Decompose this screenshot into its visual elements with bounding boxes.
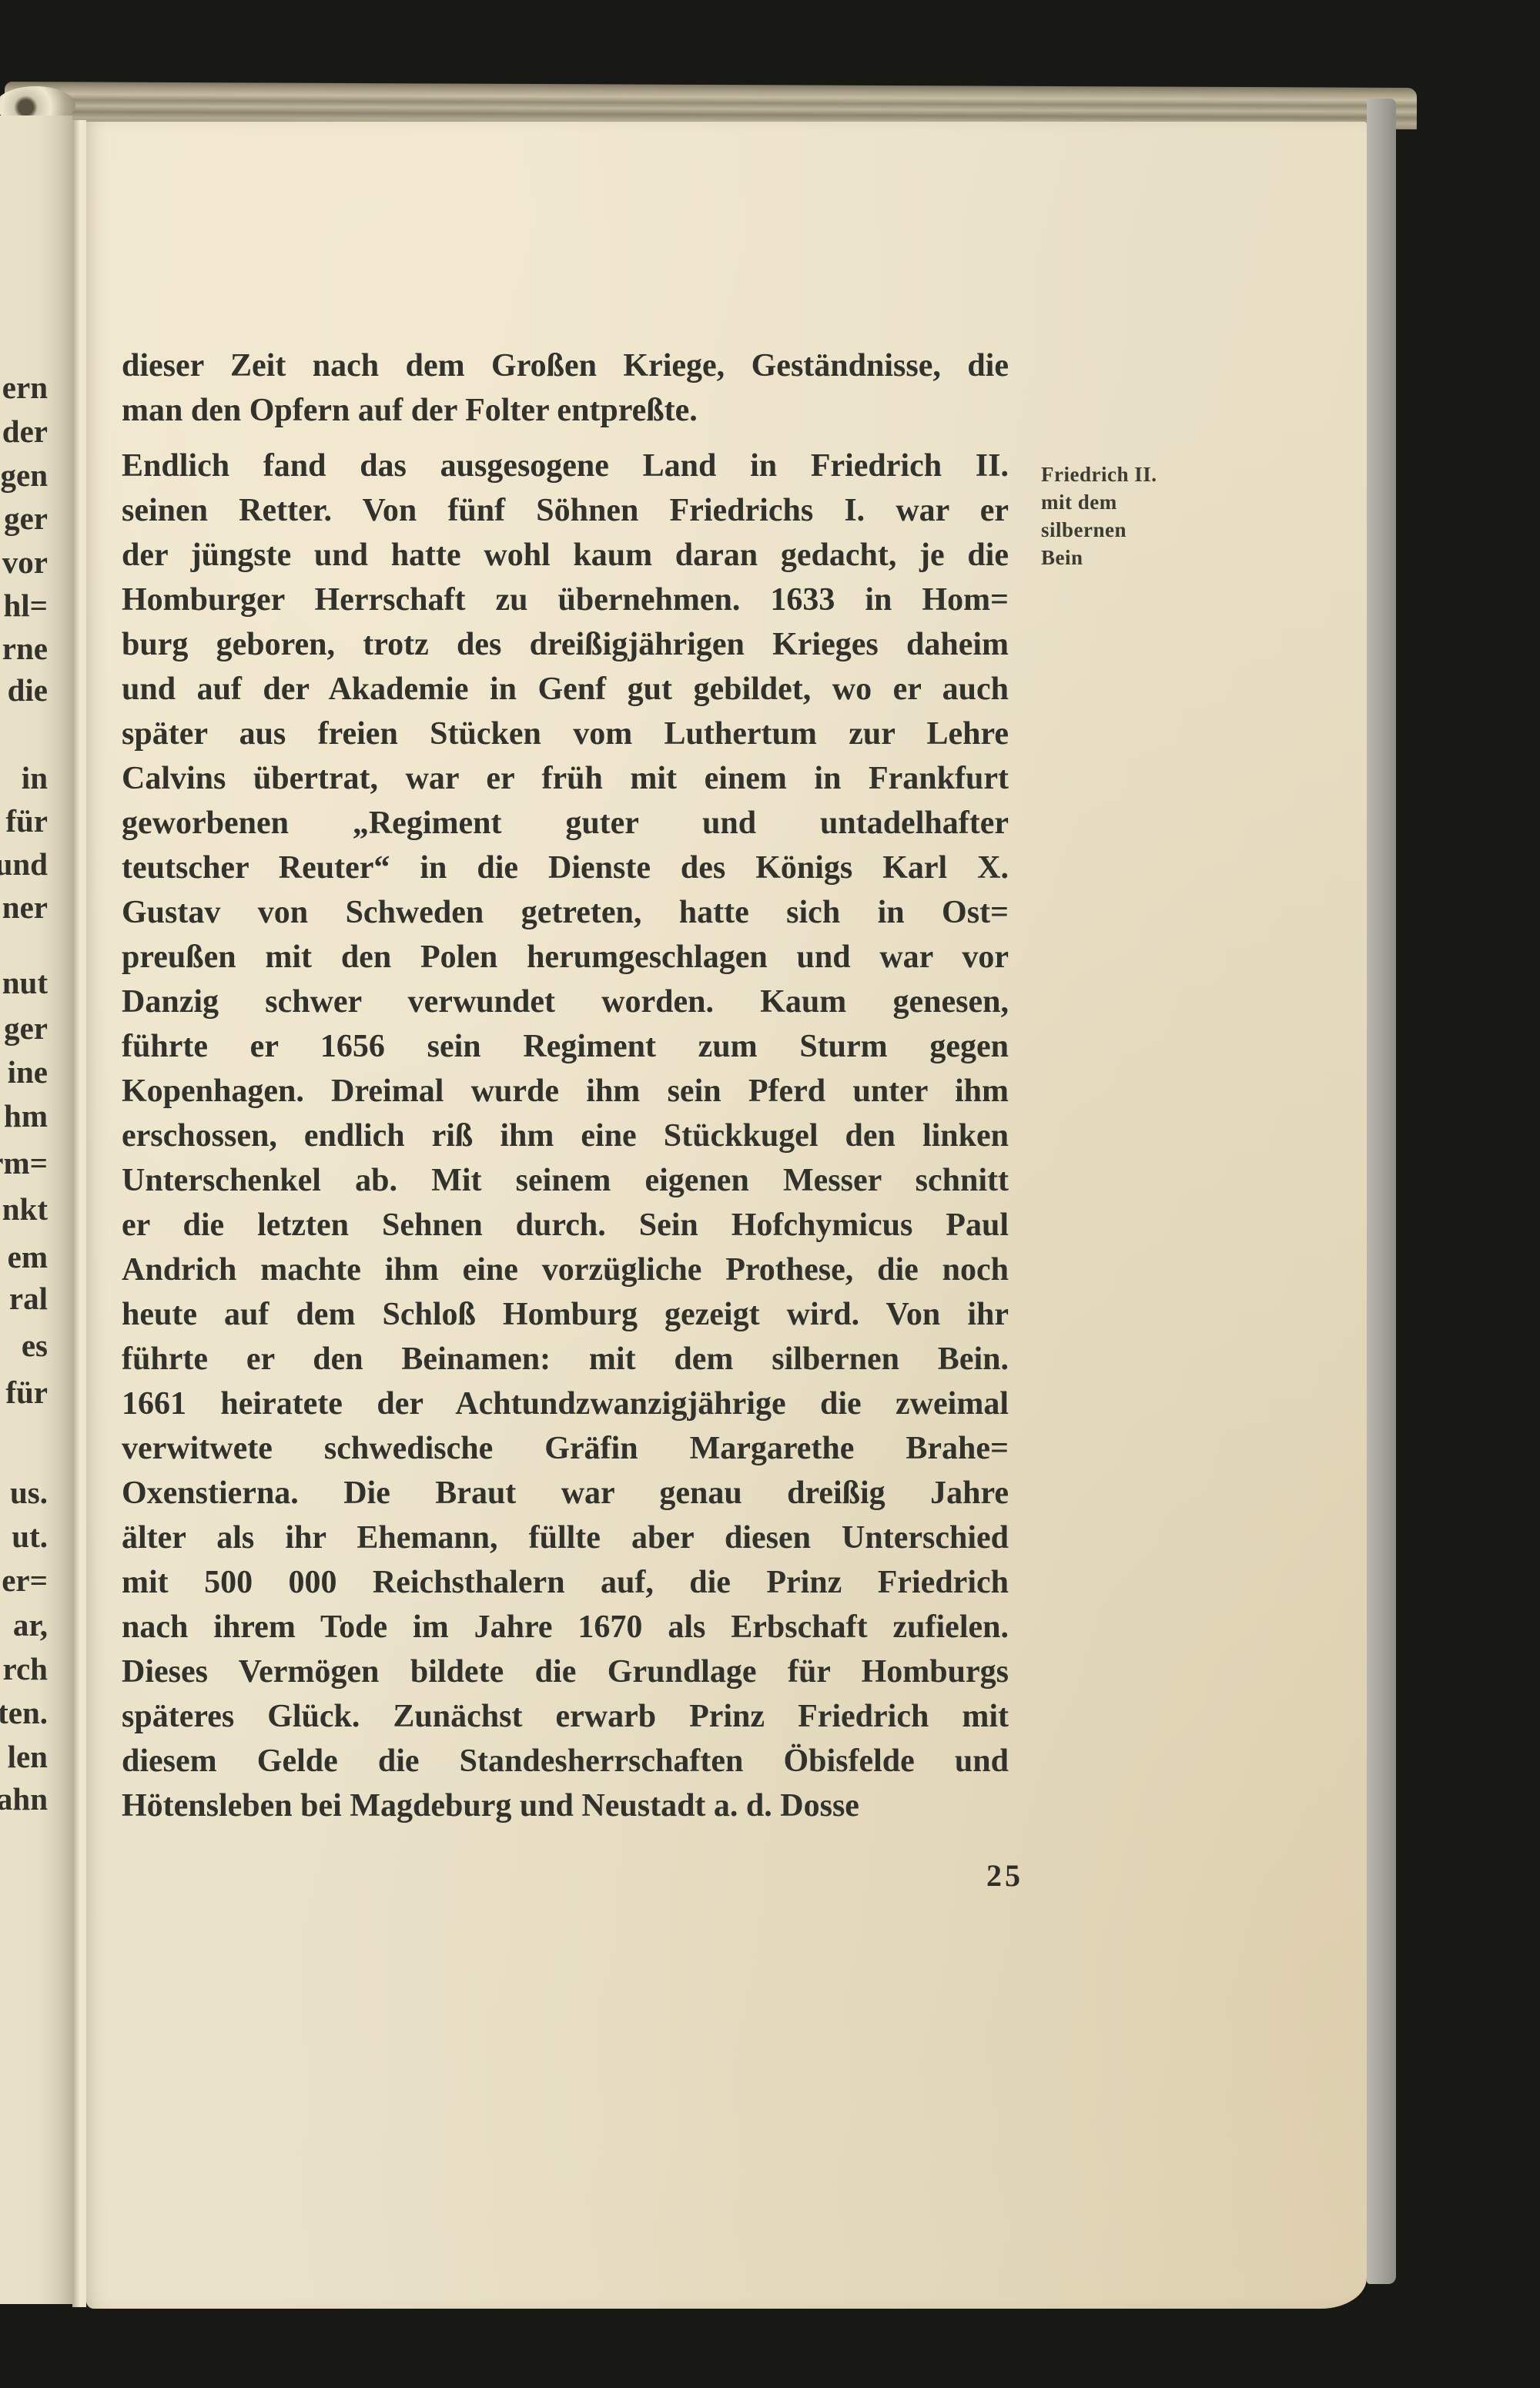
- margin-note-line: Friedrich II.: [1041, 461, 1234, 488]
- facing-page-text-fragment: die: [8, 675, 48, 706]
- facing-page-text-fragment: ar,: [13, 1609, 48, 1641]
- body-text-line: Danzig schwer verwundet worden. Kaum gen…: [122, 980, 1009, 1024]
- body-text-line: Calvins übertrat, war er früh mit einem …: [122, 756, 1009, 801]
- facing-page-text-fragment: hm: [4, 1100, 48, 1132]
- body-text-line: teutscher Reuter“ in die Dienste des Kön…: [122, 846, 1009, 890]
- body-text-line: führte er 1656 sein Regiment zum Sturm g…: [122, 1024, 1009, 1069]
- body-text-line: dieser Zeit nach dem Großen Kriege, Gest…: [122, 343, 1009, 388]
- margin-note-line: mit dem: [1041, 488, 1234, 516]
- body-text-line: seinen Retter. Von fünf Söhnen Friedrich…: [122, 488, 1009, 533]
- facing-page-text-fragment: ten.: [0, 1697, 48, 1729]
- facing-page-text-fragment: es: [22, 1330, 48, 1361]
- facing-page-text-fragment: vor: [2, 547, 48, 578]
- body-text-line: Hötensleben bei Magdeburg und Neustadt a…: [122, 1783, 1009, 1828]
- body-text-line: der jüngste und hatte wohl kaum daran ge…: [122, 533, 1009, 578]
- facing-page-text-fragment: rne: [2, 633, 48, 665]
- body-text-line: älter als ihr Ehemann, füllte aber diese…: [122, 1516, 1009, 1560]
- facing-page-text-fragment: rch: [3, 1653, 48, 1685]
- facing-page-text-fragment: ger: [4, 503, 48, 534]
- facing-page-text-fragment: ger: [4, 1013, 48, 1044]
- page-number: 25: [986, 1857, 1023, 1894]
- body-text-line: er die letzten Sehnen durch. Sein Hofchy…: [122, 1203, 1009, 1248]
- facing-page-text-fragment: in: [22, 762, 48, 794]
- facing-page-text-fragment: für: [5, 805, 48, 837]
- body-text-line: preußen mit den Polen herumgeschlagen un…: [122, 935, 1009, 980]
- body-text-line: später aus freien Stücken vom Luthertum …: [122, 712, 1009, 756]
- facing-page-text-fragment: nut: [2, 967, 48, 999]
- body-text-line: Kopenhagen. Dreimal wurde ihm sein Pferd…: [122, 1069, 1009, 1114]
- body-paragraph-1: dieser Zeit nach dem Großen Kriege, Gest…: [122, 343, 1009, 433]
- body-text-line: Unterschenkel ab. Mit seinem eigenen Mes…: [122, 1158, 1009, 1203]
- body-text-line: erschossen, endlich riß ihm eine Stückku…: [122, 1114, 1009, 1158]
- body-text-line: man den Opfern auf der Folter entpreßte.: [122, 388, 1009, 433]
- body-text-line: Gustav von Schweden getreten, hatte sich…: [122, 890, 1009, 935]
- body-text-line: nach ihrem Tode im Jahre 1670 als Erbsch…: [122, 1605, 1009, 1649]
- body-text-line: heute auf dem Schloß Homburg gezeigt wir…: [122, 1292, 1009, 1337]
- body-paragraph-2: Endlich fand das ausgesogene Land in Fri…: [122, 444, 1009, 1828]
- facing-page-text-fragment: ine: [8, 1057, 48, 1088]
- body-text-line: und auf der Akademie in Genf gut gebilde…: [122, 667, 1009, 712]
- body-text-line: 1661 heiratete der Achtundzwanzigjährige…: [122, 1382, 1009, 1426]
- body-text-line: Endlich fand das ausgesogene Land in Fri…: [122, 444, 1009, 488]
- body-text-line: geworbenen „Regiment guter und untadelha…: [122, 801, 1009, 846]
- body-text-line: diesem Gelde die Standesherrschaften Öbi…: [122, 1739, 1009, 1783]
- facing-page-text-fragment: gen: [1, 460, 49, 491]
- facing-page-text-fragment: ahn: [0, 1783, 48, 1815]
- body-text-line: Dieses Vermögen bildete die Grundlage fü…: [122, 1649, 1009, 1694]
- book-right-page-stack-edge: [1367, 99, 1396, 2284]
- facing-page-text-fragment: em: [8, 1241, 48, 1273]
- facing-page-text-fragments: ern der gen ger vor hl= rne die in für u…: [0, 0, 72, 2388]
- body-text-line: mit 500 000 Reichsthalern auf, die Prinz…: [122, 1560, 1009, 1605]
- body-text-line: burg geboren, trotz des dreißigjährigen …: [122, 622, 1009, 667]
- margin-note-line: Bein: [1041, 544, 1234, 571]
- body-text-line: führte er den Beinamen: mit dem silberne…: [122, 1337, 1009, 1382]
- body-text-line: Homburger Herrschaft zu übernehmen. 1633…: [122, 578, 1009, 622]
- facing-page-text-fragment: rm=: [0, 1147, 48, 1179]
- body-text-line: Oxenstierna. Die Braut war genau dreißig…: [122, 1471, 1009, 1516]
- facing-page-text-fragment: ner: [2, 892, 48, 923]
- body-text-line: Andrich machte ihm eine vorzügliche Prot…: [122, 1248, 1009, 1292]
- facing-page-text-fragment: us.: [10, 1477, 48, 1509]
- facing-page-text-fragment: ut.: [12, 1521, 48, 1552]
- facing-page-text-fragment: hl=: [3, 590, 48, 621]
- book-gutter-fold: [72, 120, 86, 2307]
- body-text-line: verwitwete schwedische Gräfin Margarethe…: [122, 1426, 1009, 1471]
- facing-page-text-fragment: er=: [2, 1565, 48, 1596]
- facing-page-text-fragment: der: [2, 416, 48, 447]
- margin-note-line: silbernen: [1041, 516, 1234, 544]
- facing-page-text-fragment: ern: [2, 372, 48, 404]
- facing-page-text-fragment: nkt: [2, 1194, 48, 1225]
- facing-page-text-fragment: len: [8, 1741, 48, 1773]
- margin-note: Friedrich II. mit dem silbernen Bein: [1041, 461, 1234, 571]
- body-text-line: späteres Glück. Zunächst erwarb Prinz Fr…: [122, 1694, 1009, 1739]
- scanned-book-photo: ern der gen ger vor hl= rne die in für u…: [0, 0, 1540, 2388]
- facing-page-text-fragment: ral: [9, 1283, 48, 1315]
- facing-page-text-fragment: und: [0, 849, 48, 880]
- facing-page-text-fragment: für: [5, 1377, 48, 1408]
